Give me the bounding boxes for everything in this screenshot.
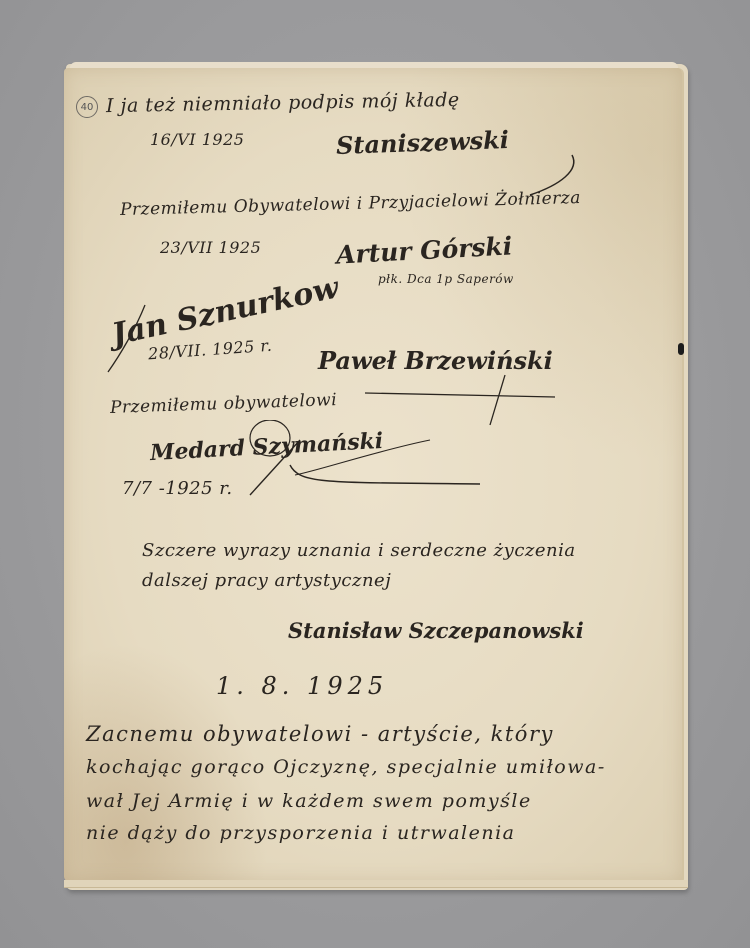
entry-7-line-3: wał Jej Armię i w każdem swem pomyśle [86, 790, 532, 812]
entry-5-date: 7/7 -1925 r. [122, 478, 233, 499]
entry-7-line-2: kochając gorąco Ojczyznę, specjalnie umi… [86, 756, 606, 778]
entry-7-line-1: Zacnemu obywatelowi - artyście, który [86, 722, 554, 746]
entry-7-line-4: nie dąży do przysporzenia i utrwalenia [86, 822, 516, 844]
entry-6-line-2: dalszej pracy artystycznej [142, 570, 391, 591]
entry-1-date: 16/VI 1925 [150, 130, 244, 149]
entry-6-line-1: Szczere wyrazy uznania i serdeczne życze… [142, 540, 576, 561]
folio-number: 40 [76, 96, 98, 118]
entry-4-signature: Paweł Brzewiński [318, 346, 553, 375]
entry-2-title: płk. Dca 1p Saperów [378, 272, 514, 286]
entry-6-date: 1. 8. 1925 [216, 672, 388, 700]
page-bottom-edge [64, 880, 688, 888]
entry-6-signature: Stanisław Szczepanowski [288, 618, 584, 643]
entry-2-date: 23/VII 1925 [160, 238, 261, 257]
shelf-mark-icon [678, 343, 684, 355]
entry-1-signature: Staniszewski [336, 125, 510, 160]
